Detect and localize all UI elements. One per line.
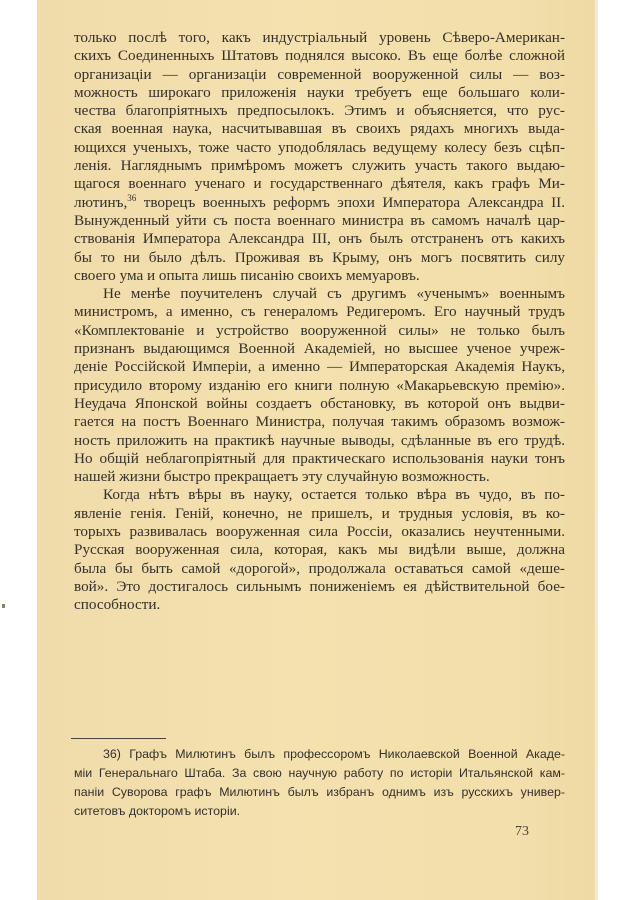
text-line: чества благопріятныхъ предпосылокъ. Этим… — [74, 102, 565, 120]
page-number: 73 — [515, 824, 529, 840]
text-line: Но общій неблагопріятный для практическа… — [74, 450, 565, 468]
text-line: Когда нѣтъ вѣры въ науку, остается тольк… — [74, 486, 565, 504]
text-line: присудило второму изданію его книги полн… — [74, 377, 565, 395]
text-line: признанъ выдающимся Военной Академіей, н… — [74, 340, 565, 358]
text-line: ность приложить на практикѣ научные выво… — [74, 432, 565, 450]
footnote-line: 36) Графъ Милютинъ былъ профессоромъ Ник… — [74, 745, 565, 764]
text-line: ющихся ученыхъ, тоже часто уподоблялась … — [74, 139, 565, 157]
text-line: Неудача Японской войны создаетъ обстанов… — [74, 395, 565, 413]
footnote-line: міи Генеральнаго Штаба. За свою научную … — [74, 764, 565, 783]
text-line: способности. — [74, 596, 565, 614]
text-line: Русская вооруженная сила, которая, какъ … — [74, 541, 565, 559]
text-line: министромъ, а именно, съ генераломъ Реди… — [74, 303, 565, 321]
text-line: гается на постъ Военнаго Министра, получ… — [74, 413, 565, 431]
scan-artifact — [2, 604, 5, 608]
paragraph-1: только послѣ того, какъ индустріальный у… — [74, 29, 565, 285]
paragraph-3: Когда нѣтъ вѣры въ науку, остается тольк… — [74, 486, 565, 614]
text-line: деніе Россійской Имперіи, а именно — Имп… — [74, 358, 565, 376]
footnote-divider — [71, 738, 166, 739]
text-line: щагося военнаго ученаго и государственна… — [74, 175, 565, 193]
text-line: организаціи — организаціи современной во… — [74, 66, 565, 84]
text-line: нашей жизни быстро прекращаетъ эту случа… — [74, 468, 565, 486]
text-line: была бы быть самой «дорогой», продолжала… — [74, 560, 565, 578]
footnote-line: ситетовъ докторомъ исторіи. — [74, 802, 565, 821]
text-line: Вынужденный уйти съ поста военнаго минис… — [74, 212, 565, 230]
book-page: только послѣ того, какъ индустріальный у… — [37, 0, 598, 900]
text-line: вой». Это достигалось сильнымъ пониженіе… — [74, 578, 565, 596]
text-line: лютинъ,36 творецъ военныхъ реформъ эпохи… — [74, 194, 565, 212]
text-fragment: творецъ военныхъ реформъ эпохи Император… — [136, 194, 565, 211]
text-line: торыхъ развивалась вооруженная сила Росс… — [74, 523, 565, 541]
text-line: явленіе генія. Геній, конечно, не пришел… — [74, 505, 565, 523]
page-edge — [595, 0, 598, 900]
text-line: Не менѣе поучителенъ случай съ другимъ «… — [74, 285, 565, 303]
text-line: «Комплектованіе и устройство вооруженной… — [74, 322, 565, 340]
text-line: ленія. Нагляднымъ примѣромъ можетъ служи… — [74, 157, 565, 175]
footnote-line: паніи Суворова графъ Милютинъ былъ избра… — [74, 783, 565, 802]
footnote-number: 36) — [103, 747, 121, 761]
text-line: ствованія Императора Александра III, онъ… — [74, 230, 565, 248]
text-line: ская военная наука, насчитывавшая въ сво… — [74, 120, 565, 138]
main-text: только послѣ того, какъ индустріальный у… — [74, 29, 565, 615]
footnote-reference[interactable]: 36 — [127, 193, 136, 203]
text-line: своего ума и опыта лишь писанію своихъ м… — [74, 267, 565, 285]
text-fragment: лютинъ, — [74, 194, 127, 211]
text-line: бы то ни было дѣлъ. Проживая въ Крыму, о… — [74, 249, 565, 267]
text-line: скихъ Соединенныхъ Штатовъ поднялся высо… — [74, 47, 565, 65]
text-line: можность широкаго приложенія науки требу… — [74, 84, 565, 102]
text-line: только послѣ того, какъ индустріальный у… — [74, 29, 565, 47]
paragraph-2: Не менѣе поучителенъ случай съ другимъ «… — [74, 285, 565, 486]
footnote-36: 36) Графъ Милютинъ былъ профессоромъ Ник… — [74, 745, 565, 821]
text-fragment: Графъ Милютинъ былъ профессоромъ Николае… — [129, 747, 565, 761]
